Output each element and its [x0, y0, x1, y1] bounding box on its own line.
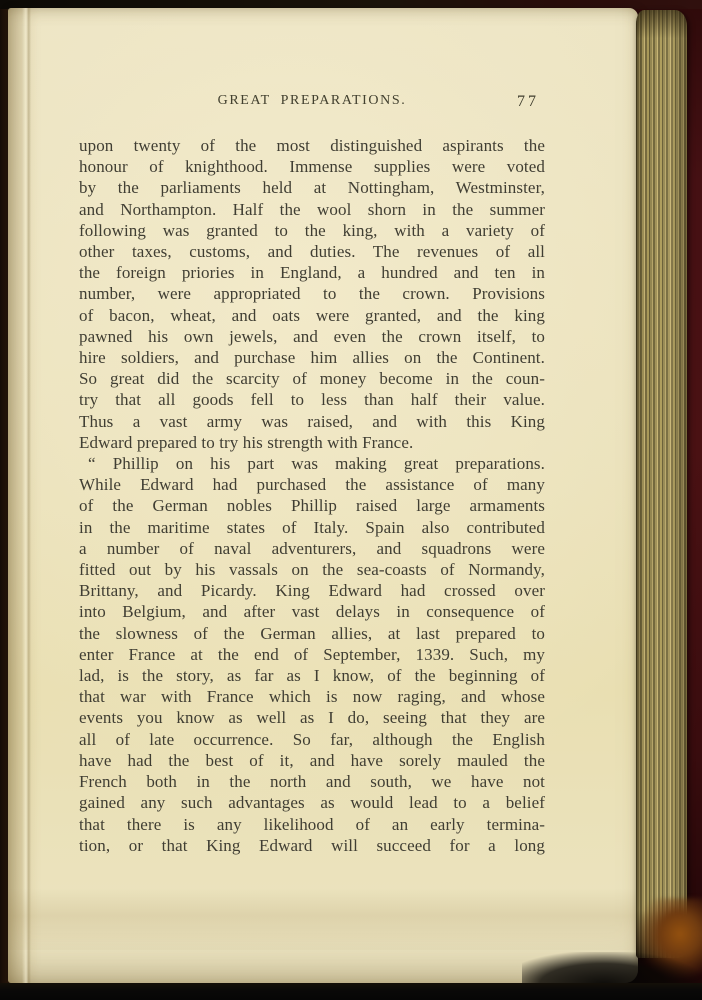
text-line: by the parliaments held at Nottingham, W… — [79, 177, 545, 198]
text-line: gained any such advantages as would lead… — [79, 792, 545, 813]
book-page: GREAT PREPARATIONS. 77 upon twenty of th… — [8, 8, 638, 983]
text-line: hire soldiers, and purchase him allies o… — [79, 347, 545, 368]
text-line: a number of naval adventurers, and squad… — [79, 538, 545, 559]
text-line: pawned his own jewels, and even the crow… — [79, 326, 545, 347]
book-photo: GREAT PREPARATIONS. 77 upon twenty of th… — [0, 0, 702, 1000]
book-bottom-edge — [0, 983, 702, 1000]
page-crease — [22, 8, 31, 983]
text-line: that war with France which is now raging… — [79, 686, 545, 707]
text-line: that there is any likelihood of an early… — [79, 814, 545, 835]
text-line: fitted out by his vassals on the sea-coa… — [79, 559, 545, 580]
text-line: have had the best of it, and have sorely… — [79, 750, 545, 771]
text-line: the slowness of the German allies, at la… — [79, 623, 545, 644]
text-line: and Northampton. Half the wool shorn in … — [79, 199, 545, 220]
page-text: upon twenty of the most distinguished as… — [79, 135, 545, 856]
text-line: Thus a vast army was raised, and with th… — [79, 411, 545, 432]
text-line: upon twenty of the most distinguished as… — [79, 135, 545, 156]
text-line: number, were appropriated to the crown. … — [79, 283, 545, 304]
text-line: try that all goods fell to less than hal… — [79, 389, 545, 410]
text-line: enter France at the end of September, 13… — [79, 644, 545, 665]
page-shading — [8, 888, 638, 950]
text-line: all of late occurrence. So far, although… — [79, 729, 545, 750]
page-number: 77 — [517, 93, 539, 111]
text-line: of bacon, wheat, and oats were granted, … — [79, 305, 545, 326]
text-line: tion, or that King Edward will succeed f… — [79, 835, 545, 856]
text-line: of the German nobles Phillip raised larg… — [79, 495, 545, 516]
text-line: lad, is the story, as far as I know, of … — [79, 665, 545, 686]
text-line: “ Phillip on his part was making great p… — [79, 453, 545, 474]
text-line: events you know as well as I do, seeing … — [79, 707, 545, 728]
page-header: GREAT PREPARATIONS. 77 — [79, 93, 545, 113]
text-line: following was granted to the king, with … — [79, 220, 545, 241]
book-fore-edge — [636, 10, 687, 958]
text-line: honour of knighthood. Immense supplies w… — [79, 156, 545, 177]
running-header: GREAT PREPARATIONS. — [79, 93, 545, 109]
text-line: Edward prepared to try his strength with… — [79, 432, 545, 453]
text-line: the foreign priories in England, a hundr… — [79, 262, 545, 283]
text-line: While Edward had purchased the assistanc… — [79, 474, 545, 495]
text-line: So great did the scarcity of money becom… — [79, 368, 545, 389]
text-line: Brittany, and Picardy. King Edward had c… — [79, 580, 545, 601]
text-line: French both in the north and south, we h… — [79, 771, 545, 792]
text-line: other taxes, customs, and duties. The re… — [79, 241, 545, 262]
text-line: in the maritime states of Italy. Spain a… — [79, 517, 545, 538]
text-line: into Belgium, and after vast delays in c… — [79, 601, 545, 622]
